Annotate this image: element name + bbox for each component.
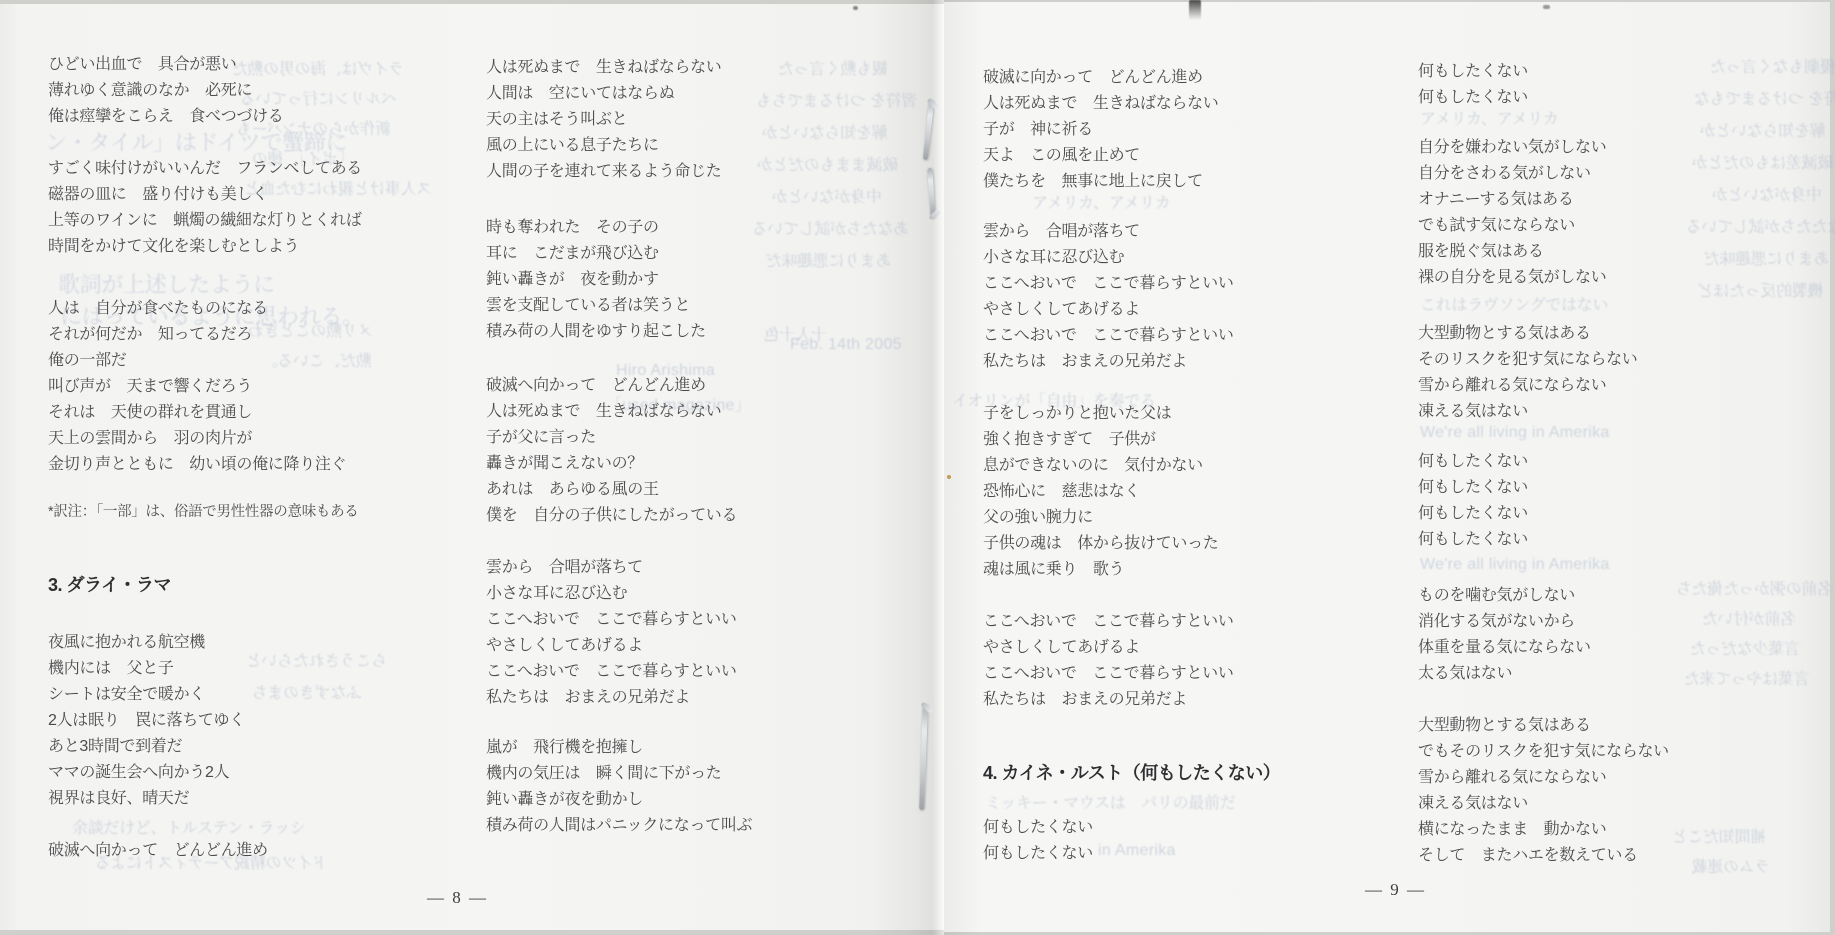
lyric-line: 嵐が 飛行機を抱擁し (486, 735, 752, 761)
lyric-line: 恐怖心に 慈悲はなく (983, 479, 1219, 505)
lyrics-stanza: 雲から 合唱が落ちて小さな耳に忍び込むここへおいで ここで暮らすといいやさしくし… (486, 555, 737, 711)
song-heading: 4. カイネ・ルスト（何もしたくない） (983, 758, 1280, 788)
lyric-line: 子が 神に祈る (983, 117, 1219, 143)
page-number-8: — 8 — (410, 888, 505, 908)
lyrics-stanza: 夜風に抱かれる航空機機内には 父と子シートは安全で暖かく2人は眠り 罠に落ちてゆ… (48, 630, 245, 812)
lyric-line: 父の強い腕力に (983, 505, 1219, 531)
lyric-line: 体重を量る気にならない (1418, 635, 1591, 661)
lyric-line: 私たちは おまえの兄弟だよ (983, 687, 1234, 713)
lyrics-column-page9-1: 破滅に向かって どんどん進め人は死ぬまで 生きねばならない子が 神に祈る天よ こ… (983, 0, 1423, 935)
lyric-line: 大型動物とする気はある (1418, 713, 1669, 739)
lyric-line: ひどい出血で 具合が悪い (48, 52, 284, 78)
scan-artifact-speck (1543, 5, 1550, 9)
lyric-line: シートは安全で暖かく (48, 682, 245, 708)
lyric-line: それは 天使の群れを貫通し (48, 400, 346, 426)
lyric-line: 僕を 自分の子供にしたがっている (486, 503, 737, 529)
lyric-line: 人間は 空にいてはならぬ (486, 81, 722, 107)
lyric-line: 時間をかけて文化を楽しむとしよう (48, 234, 362, 260)
lyrics-stanza: 大型動物とする気はあるでもそのリスクを犯す気にならない雪から離れる気にならない凍… (1418, 713, 1669, 869)
lyrics-stanza: 何もしたくない何もしたくない (1418, 59, 1528, 111)
lyric-line: ママの誕生会へ向かう2人 (48, 760, 245, 786)
lyric-line: 轟きが聞こえないの？ (486, 451, 737, 477)
lyric-line: 雲から 合唱が落ちて (983, 219, 1234, 245)
lyric-line: そして またハエを数えている (1418, 843, 1669, 869)
lyric-line: *訳注：「一部」は、俗語で男性性器の意味もある (48, 500, 359, 524)
lyric-line: 何もしたくない (983, 841, 1093, 867)
lyric-line: 太る気はない (1418, 661, 1591, 687)
lyric-line: 磁器の皿に 盛り付けも美しく (48, 182, 362, 208)
lyric-line: 夜風に抱かれる航空機 (48, 630, 245, 656)
lyric-line: あれは あらゆる風の王 (486, 477, 737, 503)
lyrics-stanza: ものを噛む気がしない消化する気がないから体重を量る気にならない太る気はない (1418, 583, 1591, 687)
lyric-line: 何もしたくない (1418, 59, 1528, 85)
lyric-line: 何もしたくない (1418, 475, 1528, 501)
lyric-line: 何もしたくない (1418, 85, 1528, 111)
lyric-line: 何もしたくない (1418, 449, 1528, 475)
scan-artifact-streak (1189, 0, 1201, 20)
lyric-line: 強く抱きすぎて 子供が (983, 427, 1219, 453)
lyric-line: 子が父に言った (486, 425, 737, 451)
lyric-line: 何もしたくない (1418, 527, 1528, 553)
lyric-line: 小さな耳に忍び込む (983, 245, 1234, 271)
lyric-line: 破滅へ向かって どんどん進め (486, 373, 737, 399)
lyrics-stanza: 破滅へ向かって どんどん進め人は死ぬまで 生きねばならない子が父に言った轟きが聞… (486, 373, 737, 529)
lyric-line: 風の上にいる息子たちに (486, 133, 722, 159)
lyrics-stanza: 破滅に向かって どんどん進め人は死ぬまで 生きねばならない子が 神に祈る天よ こ… (983, 65, 1219, 195)
lyric-line: 消化する気がないから (1418, 609, 1591, 635)
lyric-line: 叫び声が 天まで響くだろう (48, 374, 346, 400)
lyric-line: ここへおいで ここで暮らすといい (486, 659, 737, 685)
lyric-line: やさしくしてあげるよ (983, 297, 1234, 323)
lyric-line: 天の主はそう叫ぶと (486, 107, 722, 133)
lyric-line: 2人は眠り 罠に落ちてゆく (48, 708, 245, 734)
lyric-line: 機内には 父と子 (48, 656, 245, 682)
lyric-line: 横になったまま 動かない (1418, 817, 1669, 843)
lyric-line: ここへおいで ここで暮らすといい (983, 323, 1234, 349)
lyrics-stanza: 嵐が 飛行機を抱擁し機内の気圧は 瞬く間に下がった鈍い轟きが夜を動かし積み荷の人… (486, 735, 752, 839)
lyric-line: 魂は風に乗り 歌う (983, 557, 1219, 583)
lyrics-stanza: 時も奪われた その子の耳に こだまが飛び込む鈍い轟きが 夜を動かす雲を支配してい… (486, 215, 706, 345)
lyric-line: 私たちは おまえの兄弟だよ (983, 349, 1234, 375)
lyrics-column-page8-2: 人は死ぬまで 生きねばならない人間は 空にいてはならぬ天の主はそう叫ぶと風の上に… (486, 0, 906, 935)
lyrics-stanza: 何もしたくない何もしたくない (983, 815, 1093, 867)
lyric-line: 凍える気はない (1418, 399, 1637, 425)
scan-artifact-speck (947, 475, 951, 479)
lyric-line: 破滅へ向かって どんどん進め (48, 838, 268, 864)
lyric-line: 私たちは おまえの兄弟だよ (486, 685, 737, 711)
lyric-line: 破滅に向かって どんどん進め (983, 65, 1219, 91)
lyric-line: 金切り声とともに 幼い頃の俺に降り注ぐ (48, 452, 346, 478)
lyric-line: すごく味付けがいいんだ フランベしてある (48, 156, 362, 182)
lyric-line: 天上の雲間から 羽の肉片が (48, 426, 346, 452)
lyric-line: 積み荷の人間をゆすり起こした (486, 319, 706, 345)
lyrics-stanza: すごく味付けがいいんだ フランベしてある磁器の皿に 盛り付けも美しく上等のワイン… (48, 156, 362, 260)
lyric-line: 3. ダライ・ラマ (48, 570, 171, 600)
lyric-line: 俺の一部だ (48, 348, 346, 374)
lyrics-stanza: 人は死ぬまで 生きねばならない人間は 空にいてはならぬ天の主はそう叫ぶと風の上に… (486, 55, 722, 185)
lyric-line: それが何だか 知ってるだろ (48, 322, 346, 348)
lyric-line: 何もしたくない (983, 815, 1093, 841)
lyric-line: 耳に こだまが飛び込む (486, 241, 706, 267)
lyric-line: 大型動物とする気はある (1418, 321, 1637, 347)
lyric-line: ものを噛む気がしない (1418, 583, 1591, 609)
lyric-line: 何もしたくない (1418, 501, 1528, 527)
lyrics-stanza: 破滅へ向かって どんどん進め (48, 838, 268, 864)
song-heading: 3. ダライ・ラマ (48, 570, 171, 600)
lyric-line: あと3時間で到着だ (48, 734, 245, 760)
lyric-line: 鈍い轟きが夜を動かし (486, 787, 752, 813)
lyrics-stanza: ここへおいで ここで暮らすといいやさしくしてあげるよここへおいで ここで暮らすと… (983, 609, 1234, 713)
footnote-note: *訳注：「一部」は、俗語で男性性器の意味もある (48, 500, 359, 524)
lyric-line: でも試す気にならない (1418, 213, 1606, 239)
lyric-line: 天よ この風を止めて (983, 143, 1219, 169)
booklet-scan: ライヴは、海の男の勲だ ベルリンに行っている 新作からのナンバーも 「ボイ」 徳… (0, 0, 1835, 935)
lyric-line: 4. カイネ・ルスト（何もしたくない） (983, 758, 1280, 788)
lyric-line: 凍える気はない (1418, 791, 1669, 817)
lyrics-stanza: 人は 自分が食べたものになるそれが何だか 知ってるだろ俺の一部だ叫び声が 天まで… (48, 296, 346, 478)
lyric-line: 鈍い轟きが 夜を動かす (486, 267, 706, 293)
lyric-line: 子をしっかりと抱いた父は (983, 401, 1219, 427)
lyric-line: 時も奪われた その子の (486, 215, 706, 241)
fold-shadow (944, 0, 980, 935)
lyric-line: 自分を嫌わない気がしない (1418, 135, 1606, 161)
lyric-line: ここへおいで ここで暮らすといい (983, 609, 1234, 635)
lyric-line: 薄れゆく意識のなか 必死に (48, 78, 284, 104)
lyric-line: そのリスクを犯す気にならない (1418, 347, 1637, 373)
lyrics-column-page8-1: ひどい出血で 具合が悪い薄れゆく意識のなか 必死に俺は痙攣をこらえ 食べつづける… (48, 0, 468, 935)
lyric-line: ここへおいで ここで暮らすといい (983, 661, 1234, 687)
lyric-line: 人は死ぬまで 生きねばならない (983, 91, 1219, 117)
lyric-line: 雪から離れる気にならない (1418, 373, 1637, 399)
lyric-line: 自分をさわる気がしない (1418, 161, 1606, 187)
lyrics-stanza: 何もしたくない何もしたくない何もしたくない何もしたくない (1418, 449, 1528, 553)
lyrics-stanza: 雲から 合唱が落ちて小さな耳に忍び込むここへおいで ここで暮らすといいやさしくし… (983, 219, 1234, 375)
lyric-line: オナニーする気はある (1418, 187, 1606, 213)
lyric-line: 雲から 合唱が落ちて (486, 555, 737, 581)
scan-artifact-speck (853, 6, 858, 10)
lyrics-stanza: 大型動物とする気はあるそのリスクを犯す気にならない雪から離れる気にならない凍える… (1418, 321, 1637, 425)
lyric-line: 俺は痙攣をこらえ 食べつづける (48, 104, 284, 130)
lyric-line: 積み荷の人間はパニックになって叫ぶ (486, 813, 752, 839)
lyric-line: やさしくしてあげるよ (486, 633, 737, 659)
lyric-line: 裸の自分を見る気がしない (1418, 265, 1606, 291)
lyric-line: 僕たちを 無事に地上に戻して (983, 169, 1219, 195)
lyrics-stanza: 自分を嫌わない気がしない自分をさわる気がしないオナニーする気はあるでも試す気にな… (1418, 135, 1606, 291)
lyric-line: 視界は良好、晴天だ (48, 786, 245, 812)
lyric-line: 人は 自分が食べたものになる (48, 296, 346, 322)
lyric-line: 雲を支配している者は笑うと (486, 293, 706, 319)
lyrics-stanza: ひどい出血で 具合が悪い薄れゆく意識のなか 必死に俺は痙攣をこらえ 食べつづける (48, 52, 284, 130)
page-number-9: — 9 — (1348, 880, 1443, 900)
lyric-line: 服を脱ぐ気はある (1418, 239, 1606, 265)
lyrics-stanza: 子をしっかりと抱いた父は強く抱きすぎて 子供が息ができないのに 気付かない恐怖心… (983, 401, 1219, 583)
lyric-line: 上等のワインに 蝋燭の繊細な灯りとくれば (48, 208, 362, 234)
lyric-line: 人間の子を連れて来るよう命じた (486, 159, 722, 185)
lyric-line: でもそのリスクを犯す気にならない (1418, 739, 1669, 765)
lyric-line: 人は死ぬまで 生きねばならない (486, 55, 722, 81)
lyric-line: ここへおいで ここで暮らすといい (983, 271, 1234, 297)
lyric-line: 雪から離れる気にならない (1418, 765, 1669, 791)
lyric-line: ここへおいで ここで暮らすといい (486, 607, 737, 633)
lyric-line: 機内の気圧は 瞬く間に下がった (486, 761, 752, 787)
lyric-line: 小さな耳に忍び込む (486, 581, 737, 607)
lyric-line: 子供の魂は 体から抜けていった (983, 531, 1219, 557)
lyrics-column-page9-2: 何もしたくない何もしたくない自分を嫌わない気がしない自分をさわる気がしないオナニ… (1418, 0, 1835, 935)
lyric-line: やさしくしてあげるよ (983, 635, 1234, 661)
lyric-line: 息ができないのに 気付かない (983, 453, 1219, 479)
lyric-line: 人は死ぬまで 生きねばならない (486, 399, 737, 425)
